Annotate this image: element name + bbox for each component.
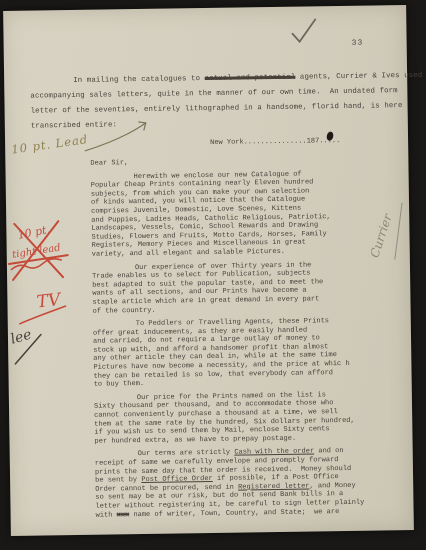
typed-segment: of the country. [93,306,156,315]
typed-segment: transcribed entire: [31,122,117,131]
scribble-line-1: 10 pt, [17,223,51,242]
typed-segment: per hundred extra, as we have to prepay … [94,435,296,446]
page-number: 33 [352,39,364,48]
letter-paragraph: Our terms are strictly Cash with the ord… [95,447,362,520]
typed-segment: and on [314,447,344,455]
typed-segment: be sent by [95,476,141,485]
tv-red-note: TV [19,290,65,324]
letter-salutation: Dear Sir, [90,156,356,169]
right-margin-stroke [394,203,403,259]
typed-segment: actual and potential [205,74,296,83]
typed-segment: name of writer, Town, Country, and State… [129,508,339,519]
letter-body: Dear Sir, Herewith we enclose our new Ca… [90,156,361,525]
manuscript-page: 33 In mailing the catalogues to actual a… [3,5,414,536]
red-scribble-note: 10 pt, tight lead [8,221,68,280]
typed-segment: xxx [117,511,130,519]
letter-dateline: New York...............187..... [210,137,340,147]
typed-segment: agents, Currier & Ives used [295,72,422,82]
tv-note: TV [36,290,64,313]
typed-segment: variety, and all elegant and salable Pic… [92,248,285,259]
right-margin-pencil-note: Currier [367,203,403,260]
pencil-scribble-note: lee [9,326,42,364]
typed-segment: Post Office Order [141,475,213,484]
pencil-checkmark-icon [292,19,315,41]
red-cross-out-icon [8,221,68,280]
typed-segment: accompanying sales letters, quite in the… [30,87,397,100]
letter-paragraphs: Herewith we enclose our new Catalogue of… [91,169,362,519]
pencil-stroke [15,334,41,363]
typed-segment: letter of the seventies, entirely lithog… [31,102,403,116]
typed-segment: to buy them. [94,380,145,389]
letter-paragraph: Our price for the Prints named on the li… [94,391,361,447]
typed-segment: with [96,511,117,519]
tv-underline-stroke [20,306,66,324]
pencil-note: lee [9,327,34,348]
scribble-line-2: tight lead [12,242,62,260]
scribble-squiggle [11,259,62,270]
top-margin-note: 10 pt. Lead [11,132,89,156]
scan-background: 33 In mailing the catalogues to actual a… [0,0,426,550]
letter-paragraph: Our experience of over Thirty years in t… [92,260,359,316]
intro-paragraph: In mailing the catalogues to actual and … [30,69,401,135]
typed-segment: , and Money [309,482,355,491]
typed-segment: In mailing the catalogues to [73,75,205,85]
right-margin-note: Currier [367,211,395,259]
letter-paragraph: To Peddlers or Travelling Agents, these … [93,317,360,390]
typed-segment: Registered letter [238,482,310,491]
letter-paragraph: Herewith we enclose our new Catalogue of… [91,169,358,259]
